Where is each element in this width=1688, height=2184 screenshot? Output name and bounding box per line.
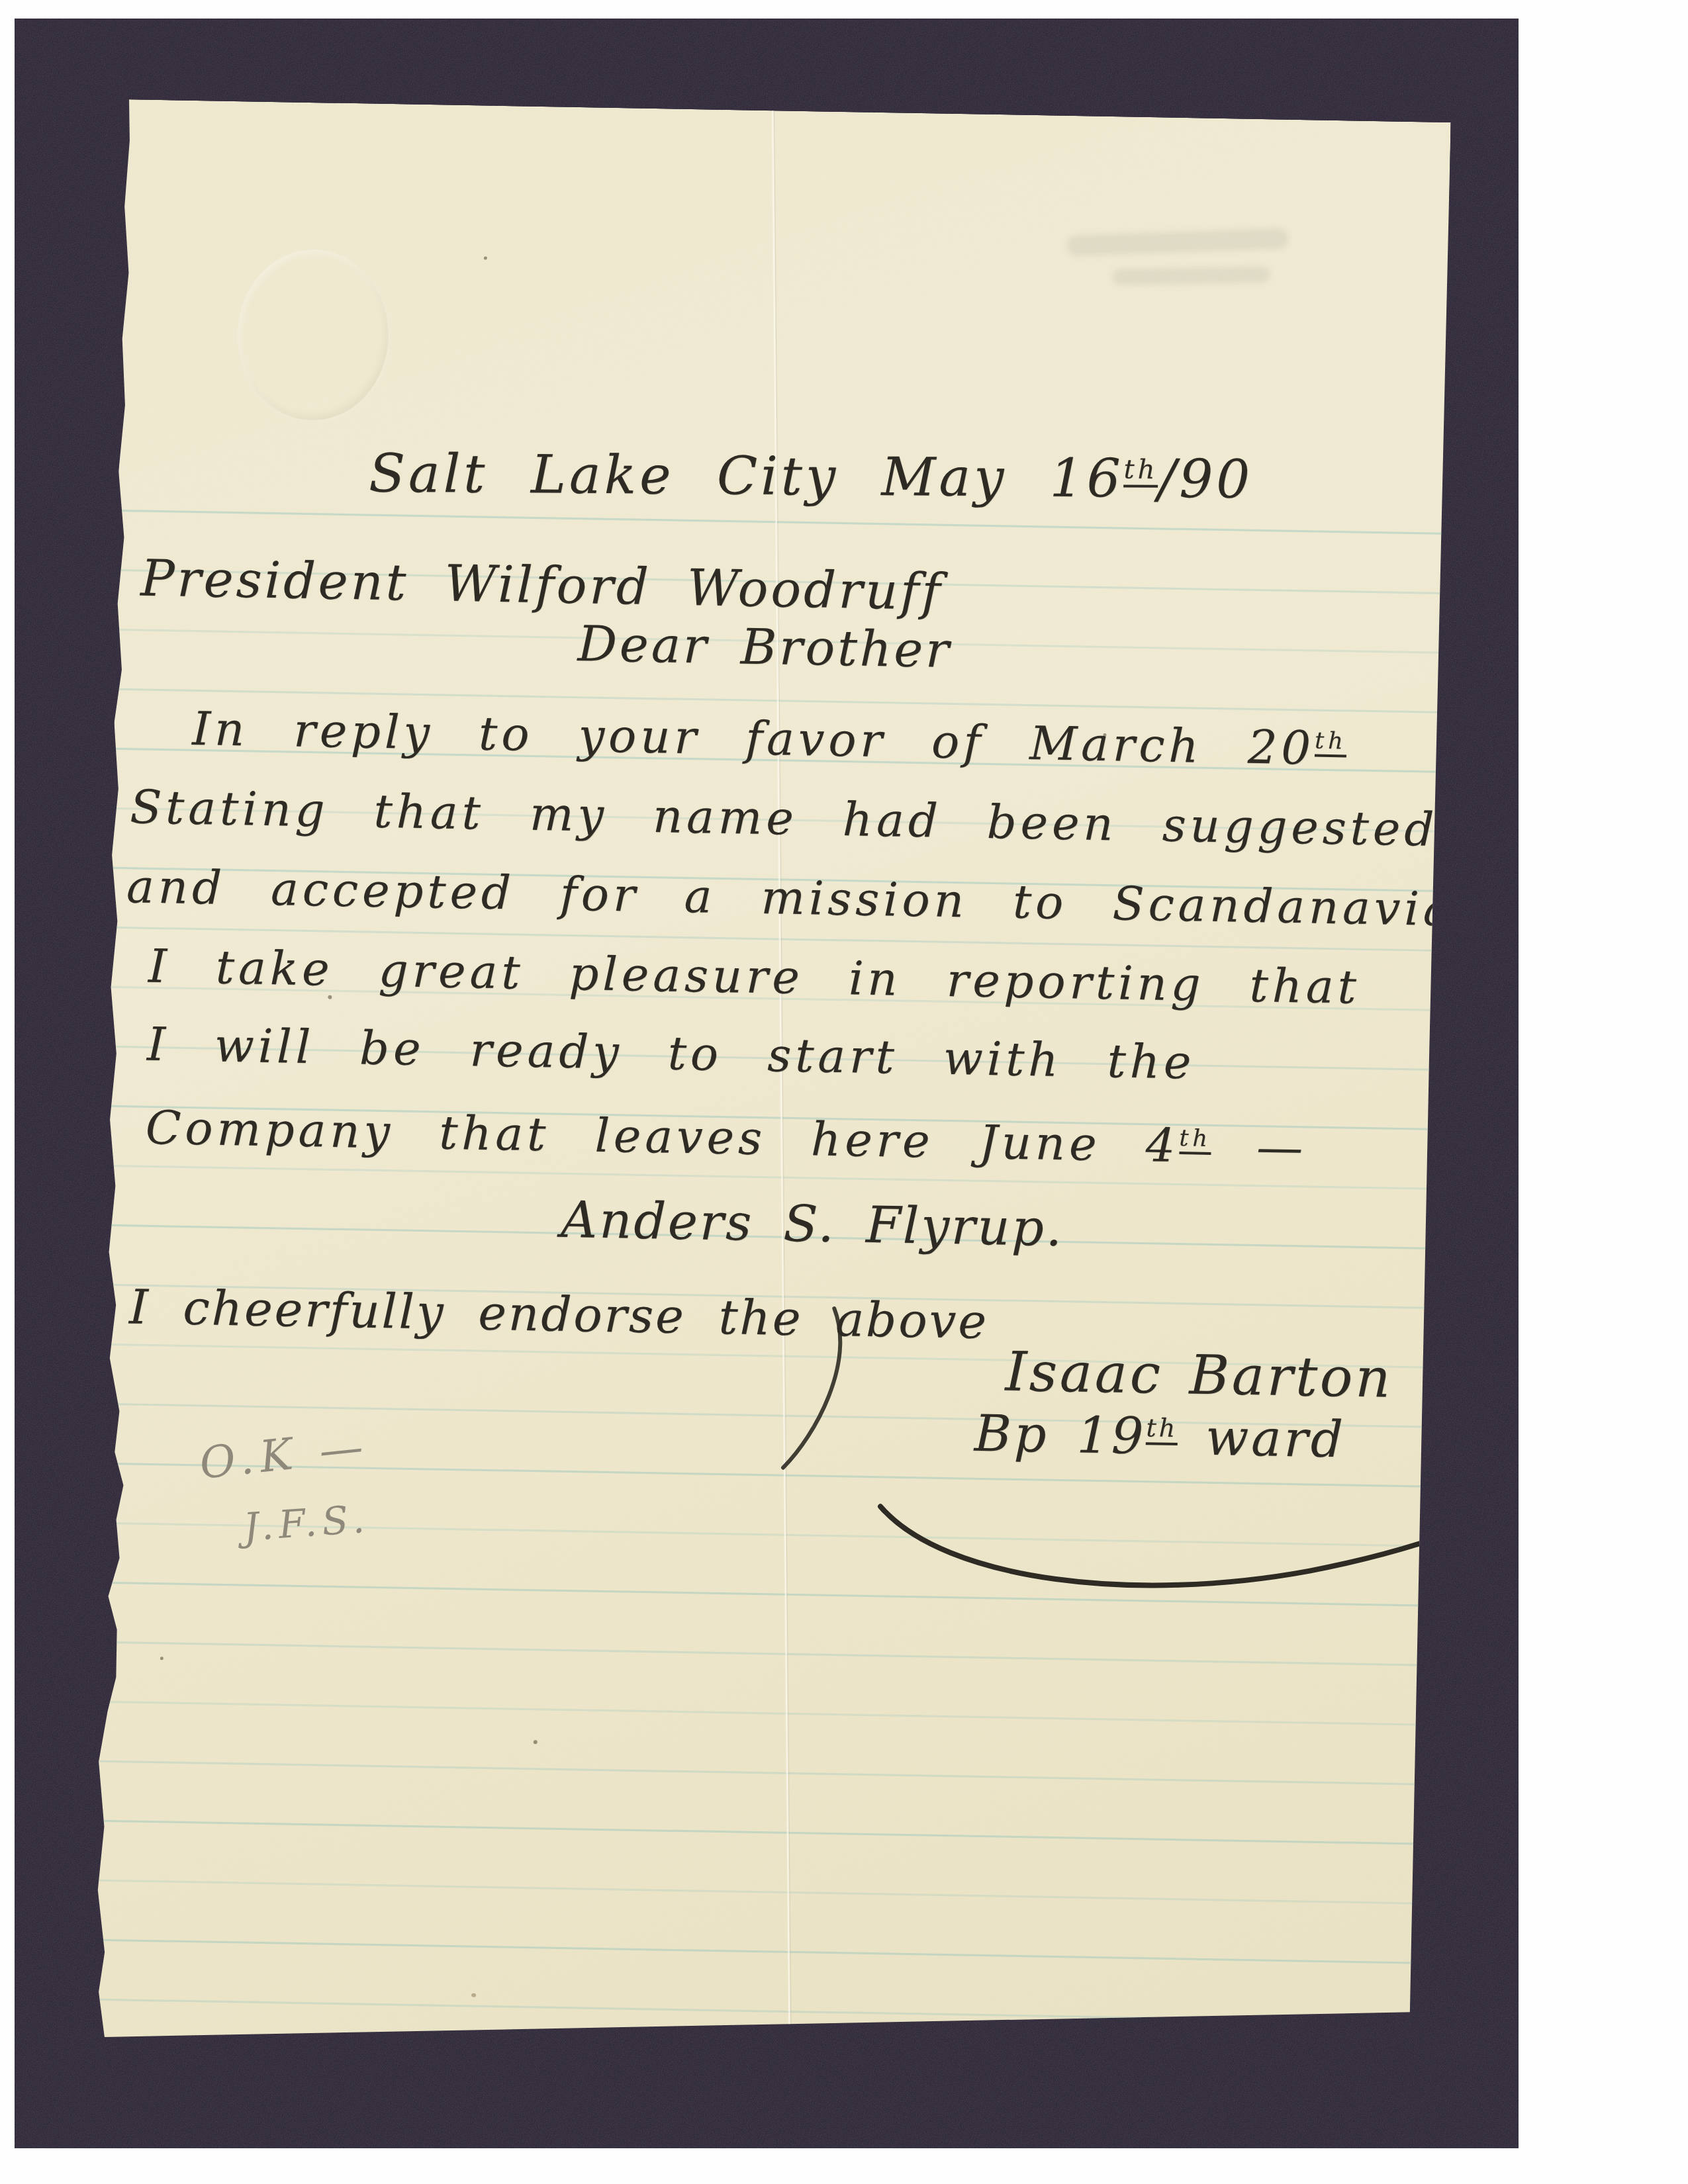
paper-speck: [160, 1657, 164, 1660]
letter-paper: Salt Lake City May 16th/90 President Wil…: [90, 99, 1451, 2062]
ruled-line: [93, 1880, 1420, 1905]
paper-speck: [471, 1993, 476, 1997]
paper-speck: [534, 1740, 538, 1744]
pen-flourish: [769, 1302, 871, 1482]
ruled-line: [94, 1820, 1421, 1845]
ink-offset-ghost: [1112, 266, 1270, 285]
ruled-line: [91, 1939, 1419, 1964]
date-year: /90: [1158, 448, 1253, 510]
endorser-title: Bp 19th ward: [974, 1404, 1346, 1469]
pencil-initials: J.F.S.: [242, 1496, 371, 1550]
date-superscript: th: [1123, 455, 1158, 488]
heading-place-date: Salt Lake City May 16th/90: [369, 443, 1254, 510]
endorser-name: Isaac Barton: [1005, 1341, 1393, 1410]
ruled-line: [95, 1760, 1422, 1786]
ruled-line: [97, 1641, 1424, 1666]
signature-line: Anders S. Flyrup.: [561, 1190, 1064, 1257]
ruled-line: [117, 510, 1444, 535]
heading-text: Salt Lake City May 16: [369, 443, 1124, 510]
salutation-line: Dear Brother: [577, 615, 952, 679]
paper-speck: [484, 257, 487, 260]
ruled-line: [96, 1701, 1423, 1726]
